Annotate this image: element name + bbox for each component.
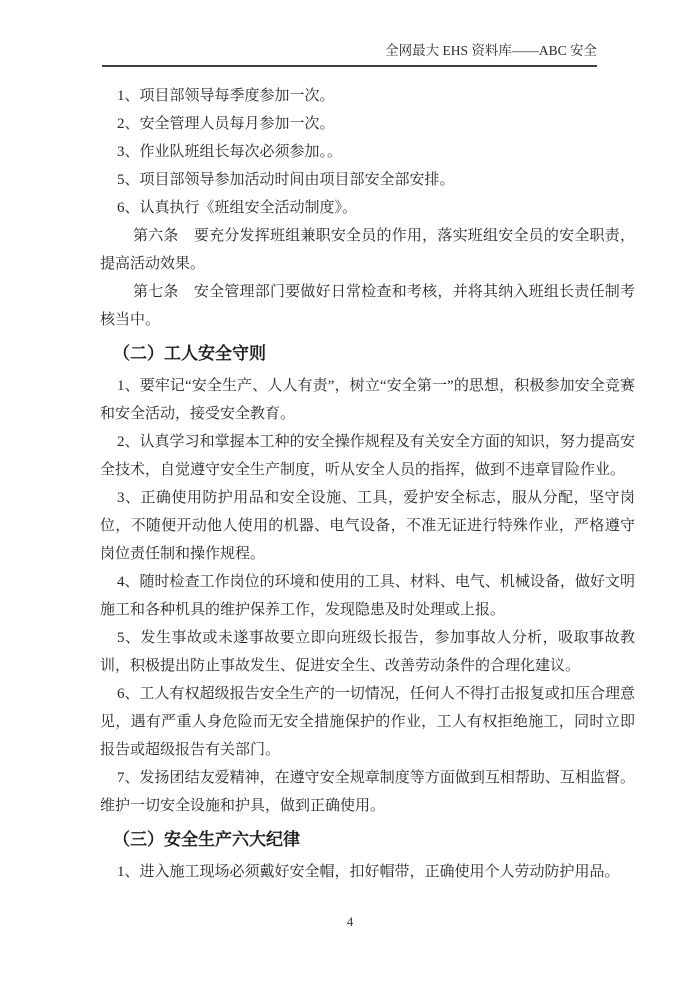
page-number: 4 <box>347 914 354 929</box>
paragraph: 第六条 要充分发挥班组兼职安全员的作用，落实班组安全员的安全职责，提高活动效果。 <box>100 222 635 278</box>
section-heading: （三）安全生产六大纪律 <box>100 825 635 855</box>
section-heading: （二）工人安全守则 <box>100 339 635 369</box>
list-item: 4、随时检查工作岗位的环境和使用的工具、材料、电气、机械设备，做好文明施工和各种… <box>100 568 635 624</box>
list-item: 6、工人有权超级报告安全生产的一切情况，任何人不得打击报复或扣压合理意见，遇有严… <box>100 680 635 764</box>
list-item: 3、作业队班组长每次必须参加。。 <box>100 138 635 166</box>
page-header: 全网最大 EHS 资料库——ABC 安全 <box>102 42 597 67</box>
page-footer: 4 <box>0 914 700 930</box>
list-item: 3、正确使用防护用品和安全设施、工具，爱护安全标志，服从分配，坚守岗位，不随便开… <box>100 484 635 568</box>
list-item: 6、认真执行《班组安全活动制度》。 <box>100 194 635 222</box>
list-item: 2、认真学习和掌握本工种的安全操作规程及有关安全方面的知识，努力提高安全技术，自… <box>100 428 635 484</box>
list-item: 1、项目部领导每季度参加一次。 <box>100 82 635 110</box>
document-page: 全网最大 EHS 资料库——ABC 安全 1、项目部领导每季度参加一次。2、安全… <box>0 0 700 990</box>
list-item: 1、进入施工现场必须戴好安全帽，扣好帽带，正确使用个人劳动防护用品。 <box>100 858 635 886</box>
list-item: 2、安全管理人员每月参加一次。 <box>100 110 635 138</box>
list-item: 5、项目部领导参加活动时间由项目部安全部安排。 <box>100 166 635 194</box>
list-item: 7、发扬团结友爱精神，在遵守安全规章制度等方面做到互相帮助、互相监督。维护一切安… <box>100 764 635 820</box>
paragraph: 第七条 安全管理部门要做好日常检查和考核，并将其纳入班组长责任制考核当中。 <box>100 278 635 334</box>
document-content: 1、项目部领导每季度参加一次。2、安全管理人员每月参加一次。3、作业队班组长每次… <box>100 82 635 886</box>
list-item: 5、发生事故或未遂事故要立即向班级长报告，参加事故人分析，吸取事故教训，积极提出… <box>100 624 635 680</box>
list-item: 1、要牢记“安全生产、人人有责”，树立“安全第一”的思想，积极参加安全竞赛和安全… <box>100 372 635 428</box>
header-text: 全网最大 EHS 资料库——ABC 安全 <box>385 43 597 58</box>
